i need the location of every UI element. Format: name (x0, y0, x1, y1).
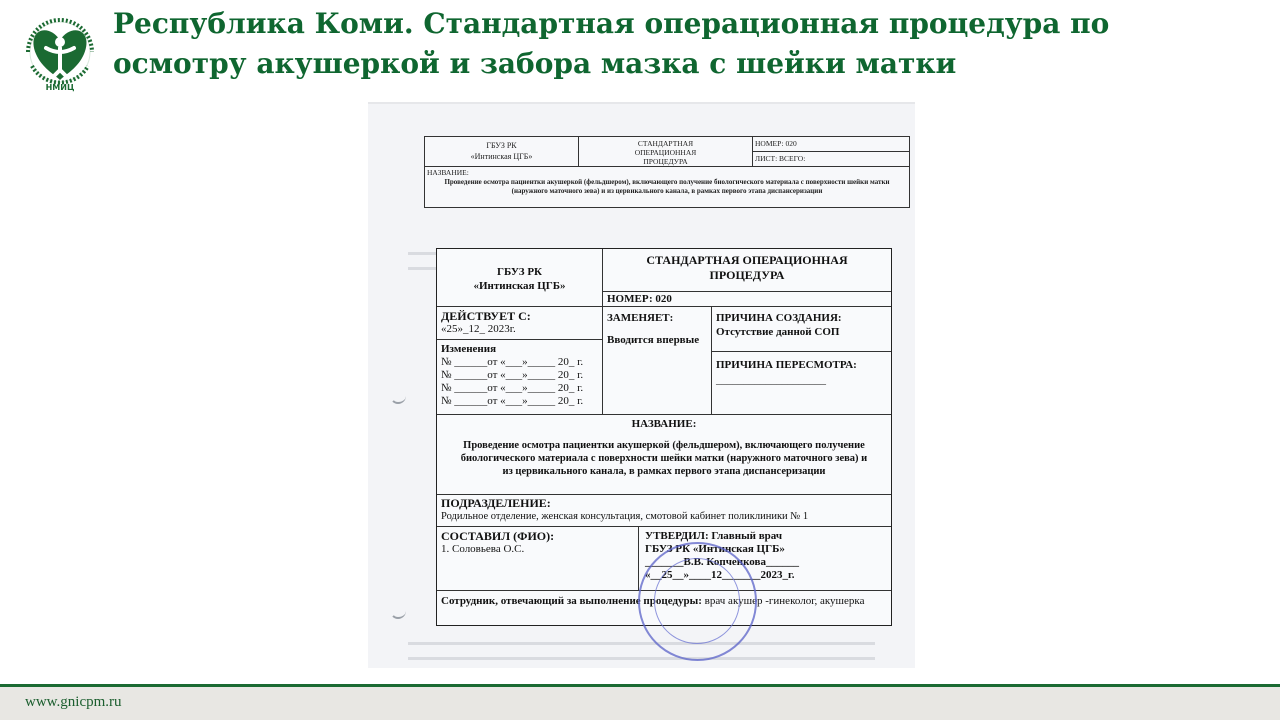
creation-reason-value: Отсутствие данной СОП (716, 325, 887, 339)
changes-cell: Изменения № ______от «___»_____ 20_ г. №… (437, 340, 603, 415)
change-row: № ______от «___»_____ 20_ г. (441, 356, 598, 369)
footer: www.gnicpm.ru (0, 687, 1280, 720)
procedure-name-cell: НАЗВАНИЕ: Проведение осмотра пациентки а… (437, 415, 891, 495)
department-cell: ПОДРАЗДЕЛЕНИЕ: Родильное отделение, женс… (437, 495, 891, 527)
compiled-value: 1. Соловьева О.С. (441, 543, 634, 556)
change-row: № ______от «___»_____ 20_ г. (441, 382, 598, 395)
sop-title-cell: СТАНДАРТНАЯ ОПЕРАЦИОННАЯ ПРОЦЕДУРА (603, 249, 891, 292)
revision-reason-value: ____________________ (716, 373, 887, 388)
name-text: Проведение осмотра пациентки акушеркой (… (425, 178, 909, 196)
org-cell: ГБУЗ РК «Интинская ЦГБ» (437, 249, 603, 307)
name-label: НАЗВАНИЕ: (427, 168, 469, 177)
change-row: № ______от «___»_____ 20_ г. (441, 369, 598, 382)
department-label: ПОДРАЗДЕЛЕНИЕ: (441, 497, 887, 510)
sop-title-line: ПРОЦЕДУРА (603, 268, 891, 283)
sop-title-line: СТАНДАРТНАЯ ОПЕРАЦИОННАЯ (603, 253, 891, 268)
nmic-logo: НМИЦ (18, 12, 108, 92)
department-value: Родильное отделение, женская консультаци… (441, 510, 887, 523)
effective-value: «25»_12_ 2023г. (441, 323, 598, 336)
name-label: НАЗВАНИЕ: (457, 418, 871, 431)
replaces-label: ЗАМЕНЯЕТ: (607, 311, 707, 325)
compiled-by-cell: СОСТАВИЛ (ФИО): 1. Соловьева О.С. (437, 527, 639, 591)
replaces-cell: ЗАМЕНЯЕТ: Вводится впервые (603, 307, 712, 415)
changes-label: Изменения (441, 343, 598, 356)
number-cell: НОМЕР: 020 (603, 292, 891, 307)
sop-line: СТАНДАРТНАЯ (579, 139, 752, 148)
official-stamp-icon (638, 542, 757, 661)
org-subname: «Интинская ЦГБ» (437, 279, 602, 293)
sheet-cell: ЛИСТ: ВСЕГО: (753, 152, 909, 167)
sop-line: ПРОЦЕДУРА (579, 157, 752, 166)
effective-date-cell: ДЕЙСТВУЕТ С: «25»_12_ 2023г. (437, 307, 603, 340)
scanned-document: ГБУЗ РК «Интинская ЦГБ» СТАНДАРТНАЯ ОПЕР… (368, 102, 915, 668)
sop-line: ОПЕРАЦИОННАЯ (579, 148, 752, 157)
org-name: ГБУЗ РК (437, 265, 602, 279)
org-subname: «Интинская ЦГБ» (425, 151, 578, 162)
change-row: № ______от «___»_____ 20_ г. (441, 395, 598, 408)
nmic-logo-icon: НМИЦ (18, 12, 108, 92)
number-cell: НОМЕР: 020 (753, 137, 909, 152)
revision-reason-cell: ПРИЧИНА ПЕРЕСМОТРА: ____________________ (712, 352, 891, 415)
footer-url[interactable]: www.gnicpm.ru (25, 694, 122, 711)
binder-hole-icon (390, 607, 406, 619)
approved-line: УТВЕРДИЛ: Главный врач (645, 530, 885, 543)
org-cell: ГБУЗ РК «Интинская ЦГБ» (425, 137, 579, 167)
name-text: Проведение осмотра пациентки акушеркой (… (457, 439, 871, 478)
binder-hole-icon (390, 392, 406, 404)
revision-reason-label: ПРИЧИНА ПЕРЕСМОТРА: (716, 358, 887, 373)
effective-label: ДЕЙСТВУЕТ С: (441, 310, 598, 323)
background-text-line (408, 657, 875, 660)
replaces-value: Вводится впервые (607, 333, 707, 347)
creation-reason-cell: ПРИЧИНА СОЗДАНИЯ: Отсутствие данной СОП (712, 307, 891, 352)
creation-reason-label: ПРИЧИНА СОЗДАНИЯ: (716, 311, 887, 325)
compiled-label: СОСТАВИЛ (ФИО): (441, 530, 634, 543)
page-title: Республика Коми. Стандартная операционна… (113, 4, 1213, 84)
document-header-table: ГБУЗ РК «Интинская ЦГБ» СТАНДАРТНАЯ ОПЕР… (424, 136, 910, 208)
background-text-line (408, 642, 875, 645)
org-name: ГБУЗ РК (425, 140, 578, 151)
svg-text:НМИЦ: НМИЦ (46, 83, 75, 92)
scan-edge (368, 102, 915, 104)
sop-cell: СТАНДАРТНАЯ ОПЕРАЦИОННАЯ ПРОЦЕДУРА (579, 137, 753, 167)
